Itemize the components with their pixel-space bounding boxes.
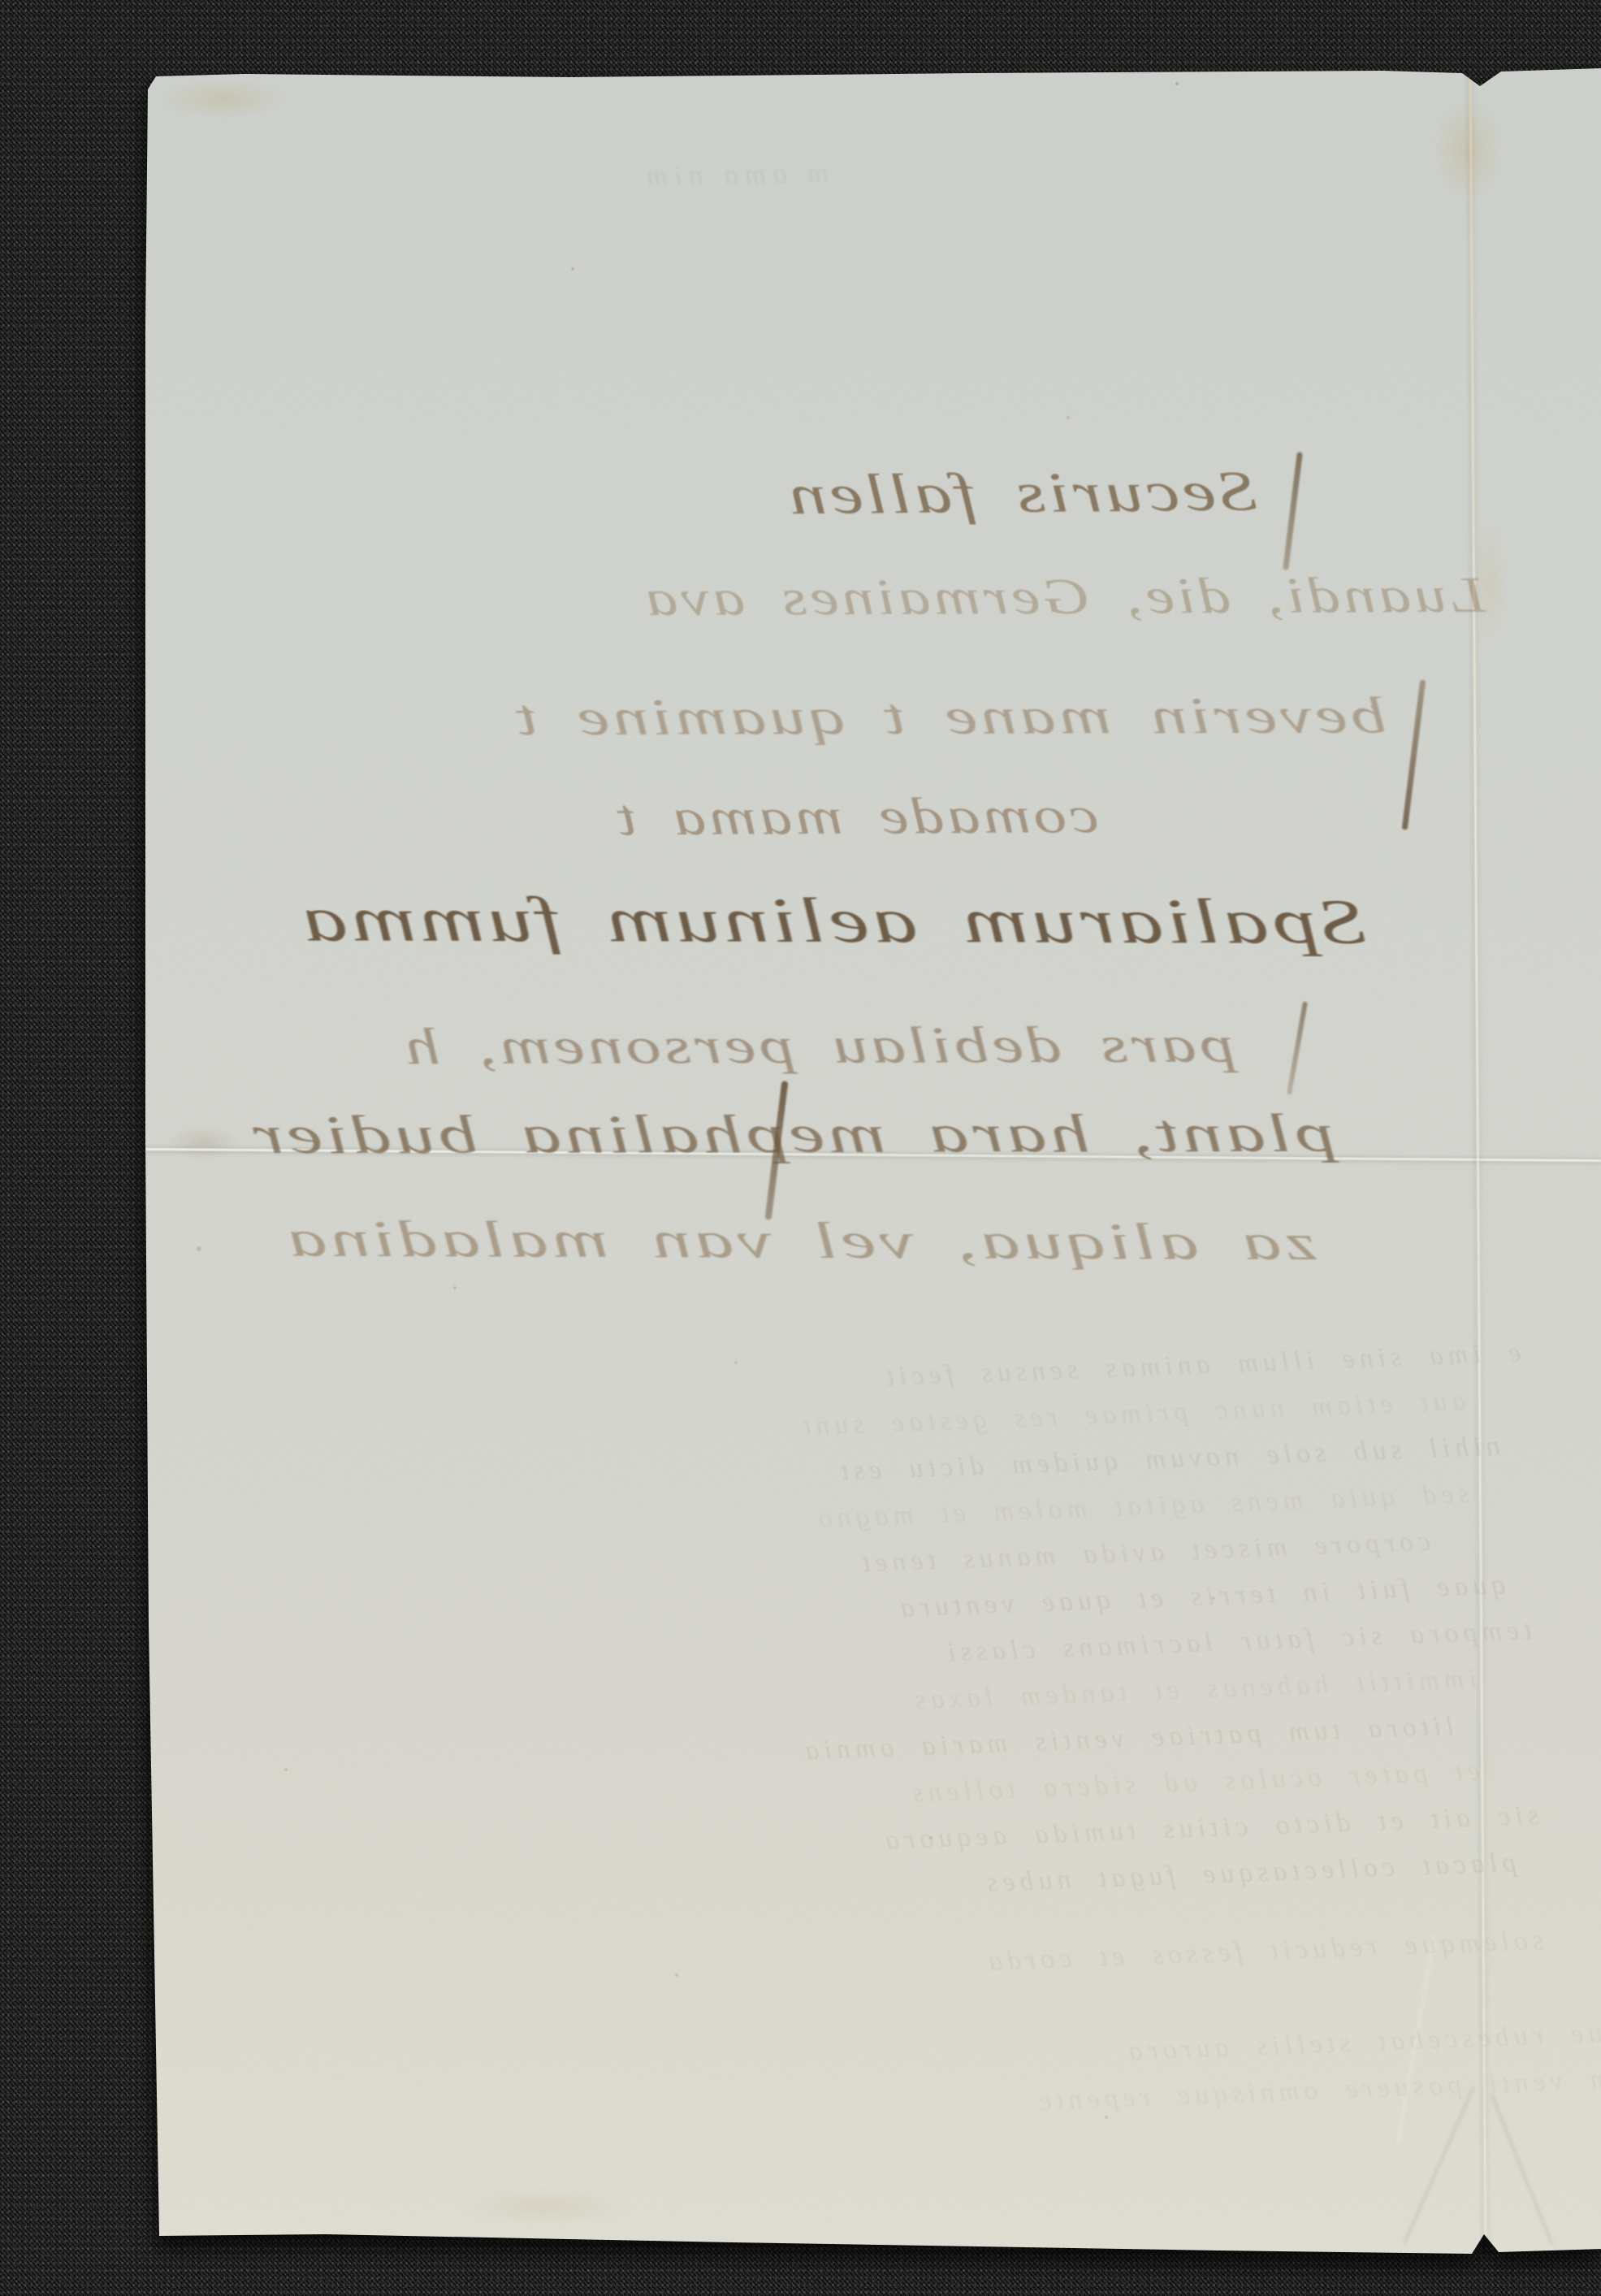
handwriting-line: beverin mane t quamine t <box>283 685 1601 748</box>
handwriting-line: za aliqua, vel van maladina <box>0 1207 1601 1274</box>
handwriting-line: Securis fallen <box>643 458 1400 529</box>
handwriting-line: plant, hara mephalina budier <box>0 1102 1601 1167</box>
paper-shadow-wrapper: m ama nim Securis fallen Luandi, die, Ge… <box>0 0 1601 2296</box>
manuscript-photograph: m ama nim Securis fallen Luandi, die, Ge… <box>0 0 1601 2296</box>
ghost-text-block: e ima sine illum animas sensus fecit aut… <box>505 1329 1550 2143</box>
handwriting-line: Luandi, die, Germaines ava <box>492 566 1601 629</box>
handwriting-line: pars debilau personem, h <box>152 1014 1486 1077</box>
handwriting-line: comade mama t <box>570 785 1144 848</box>
ghost-text-line: solemque reducit fessos et corda <box>528 1917 1544 2003</box>
paper-sheet: m ama nim Securis fallen Luandi, die, Ge… <box>0 0 1601 2296</box>
handwriting-line: Spaliarum aelinum fumma <box>94 882 1571 959</box>
